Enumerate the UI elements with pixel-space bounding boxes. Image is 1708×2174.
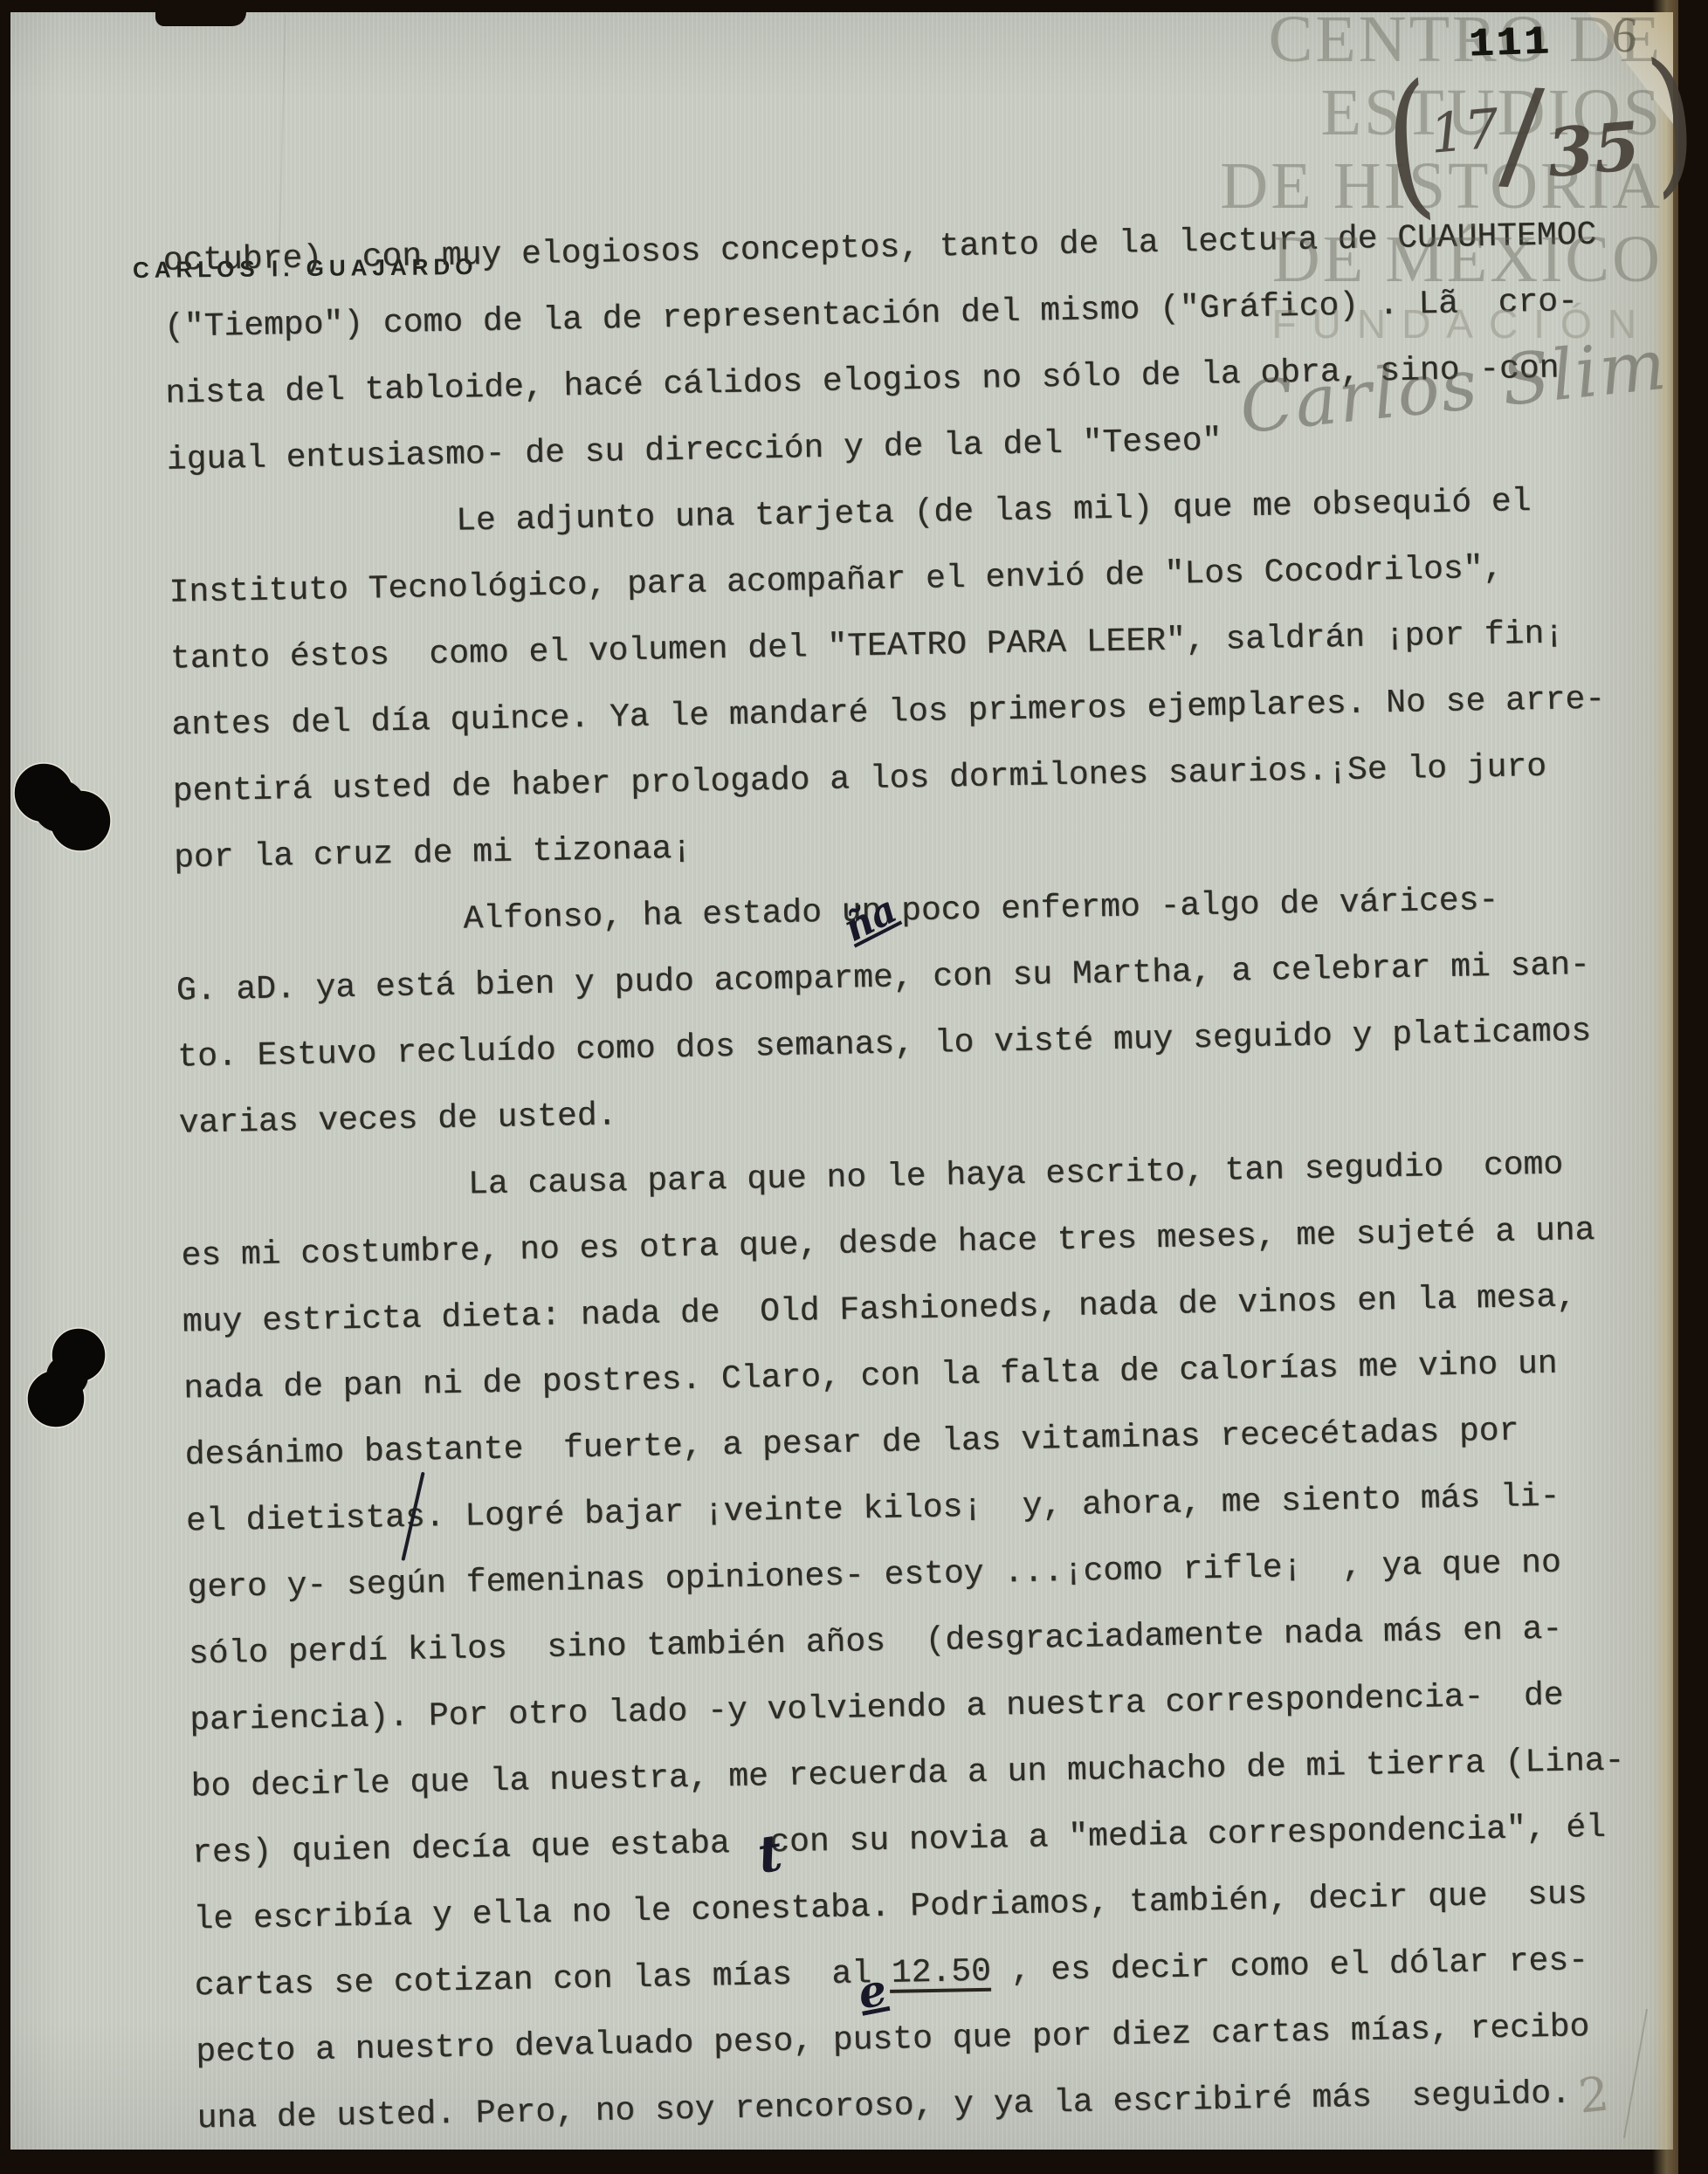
folio-second-number: 35 (1545, 107, 1643, 192)
ink-blot-hole-bottom (19, 1318, 115, 1436)
folio-first-number: 17 (1428, 96, 1502, 166)
ink-blot-hole-top (7, 758, 121, 854)
folio-close-paren: ) (1643, 41, 1702, 202)
scanned-letter-page: CARLOS I. GUAJARDO 111 6 ( 17 / 35 ) CEN… (0, 0, 1708, 2174)
paper-torn-notch (155, 12, 246, 26)
pencil-squiggle: 2 (1576, 2066, 1612, 2123)
folio-slash: / (1498, 69, 1546, 202)
watermark-line-4: DE MÉXICO (1272, 222, 1663, 298)
letter-body: octubre) con muy elogiosos conceptos, ta… (162, 202, 1682, 2158)
handwritten-folio: ( 17 / 35 ) (1372, 40, 1708, 225)
folio-open-paren: ( (1380, 64, 1439, 224)
